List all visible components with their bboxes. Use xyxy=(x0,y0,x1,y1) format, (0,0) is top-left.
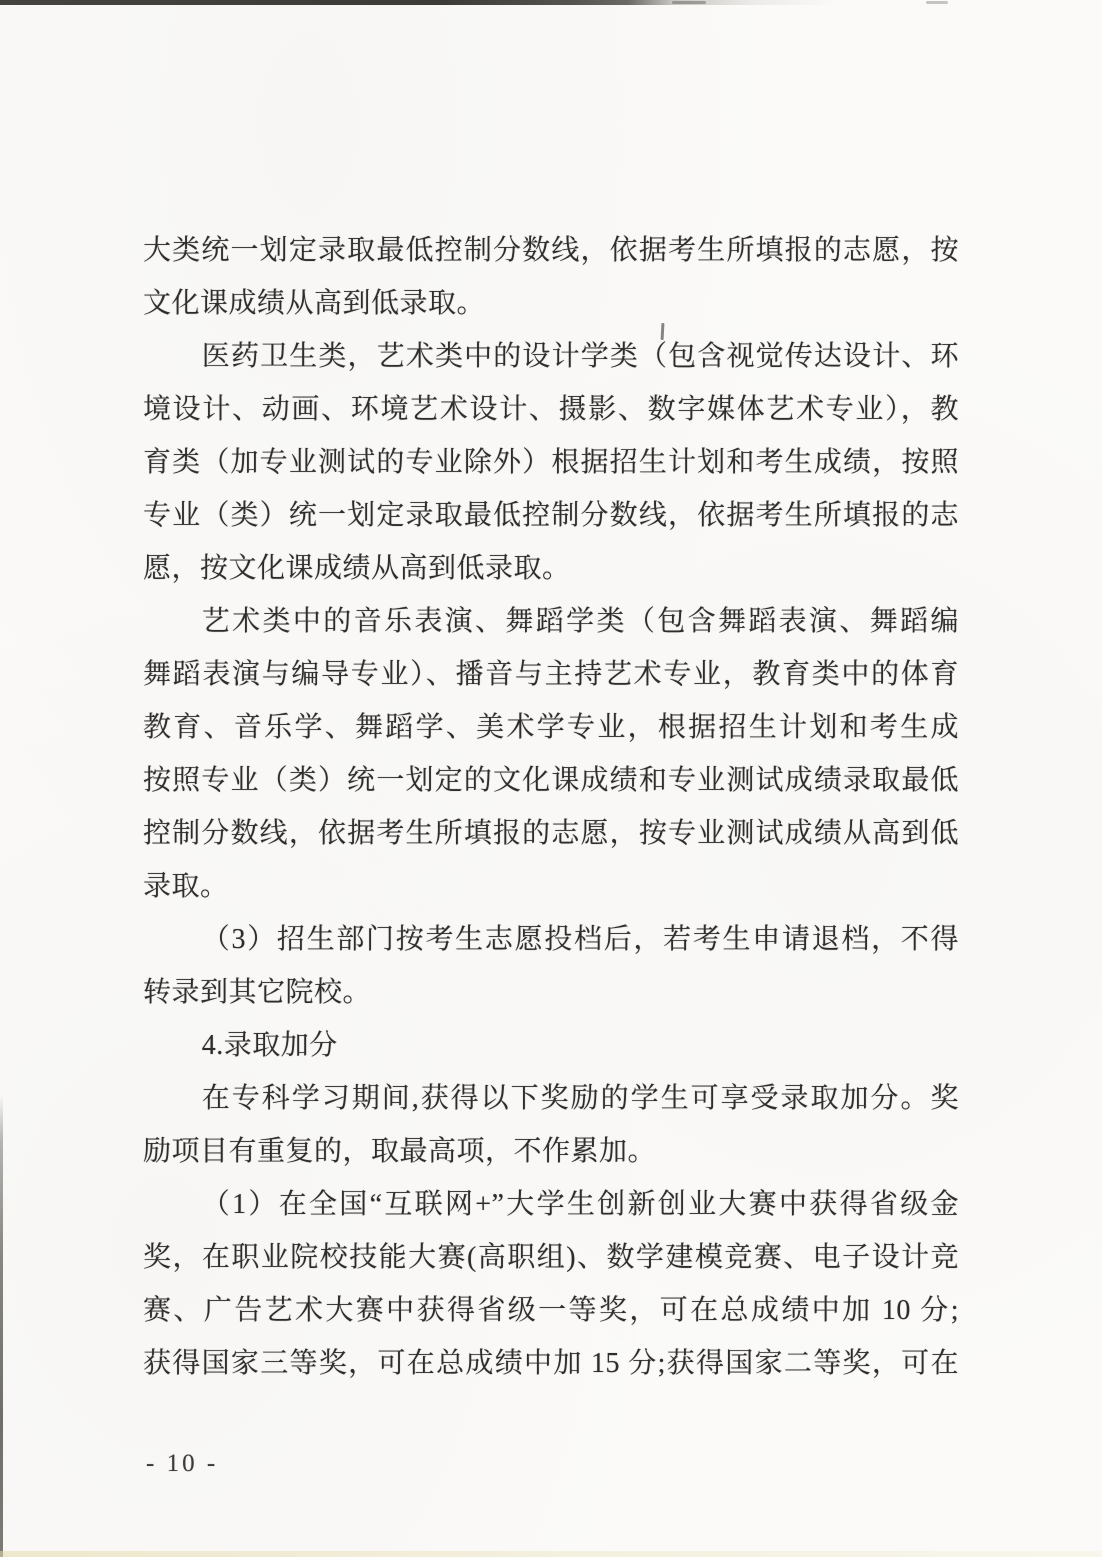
text-line: （1）在全国“互联网+”大学生创新创业大赛中获得省级金 xyxy=(143,1178,959,1231)
text-line: （3）招生部门按考生志愿投档后，若考生申请退档，不得 xyxy=(143,913,959,966)
text-line: 励项目有重复的，取最高项，不作累加。 xyxy=(143,1125,959,1178)
text-line: 愿，按文化课成绩从高到低录取。 xyxy=(143,542,959,595)
text-line: 境设计、动画、环境艺术设计、摄影、数字媒体艺术专业），教 xyxy=(143,383,959,436)
text-line: 赛、广告艺术大赛中获得省级一等奖，可在总成绩中加 10 分; xyxy=(143,1284,959,1337)
text-line: 转录到其它院校。 xyxy=(143,966,959,1019)
text-line: 4.录取加分 xyxy=(143,1019,959,1072)
text-line: 按照专业（类）统一划定的文化课成绩和专业测试成绩录取最低 xyxy=(143,754,959,807)
text-line: 大类统一划定录取最低控制分数线，依据考生所填报的志愿，按 xyxy=(143,224,959,277)
text-line: 育类（加专业测试的专业除外）根据招生计划和考生成绩，按照 xyxy=(143,436,959,489)
text-line: 舞蹈表演与编导专业）、播音与主持艺术专业，教育类中的体育 xyxy=(143,648,959,701)
scanned-document-page: { "colors": { "paper": "#fbfaf8", "ink":… xyxy=(0,0,1102,1557)
text-line: 获得国家三等奖，可在总成绩中加 15 分;获得国家二等奖，可在 xyxy=(143,1337,959,1390)
scan-bottom-band xyxy=(0,1551,1102,1557)
text-line: 录取。 xyxy=(143,860,959,913)
page-number: - 10 - xyxy=(146,1450,218,1478)
text-line: 艺术类中的音乐表演、舞蹈学类（包含舞蹈表演、舞蹈编导、 xyxy=(143,595,959,648)
text-line: 专业（类）统一划定录取最低控制分数线，依据考生所填报的志 xyxy=(143,489,959,542)
scan-top-edge-dash xyxy=(672,1,706,4)
text-line: 在专科学习期间,获得以下奖励的学生可享受录取加分。奖 xyxy=(143,1072,959,1125)
document-text-block: 大类统一划定录取最低控制分数线，依据考生所填报的志愿，按 文化课成绩从高到低录取… xyxy=(143,224,959,1390)
scan-top-edge-dash xyxy=(926,1,948,4)
text-line: 文化课成绩从高到低录取。 xyxy=(143,277,959,330)
scan-left-edge-line xyxy=(0,1095,3,1557)
text-line: 奖，在职业院校技能大赛(高职组)、数学建模竞赛、电子设计竞 xyxy=(143,1231,959,1284)
text-line: 控制分数线，依据考生所填报的志愿，按专业测试成绩从高到低 xyxy=(143,807,959,860)
text-line: 医药卫生类，艺术类中的设计学类（包含视觉传达设计、环 xyxy=(143,330,959,383)
text-line: 教育、音乐学、舞蹈学、美术学专业，根据招生计划和考生成绩， xyxy=(143,701,959,754)
